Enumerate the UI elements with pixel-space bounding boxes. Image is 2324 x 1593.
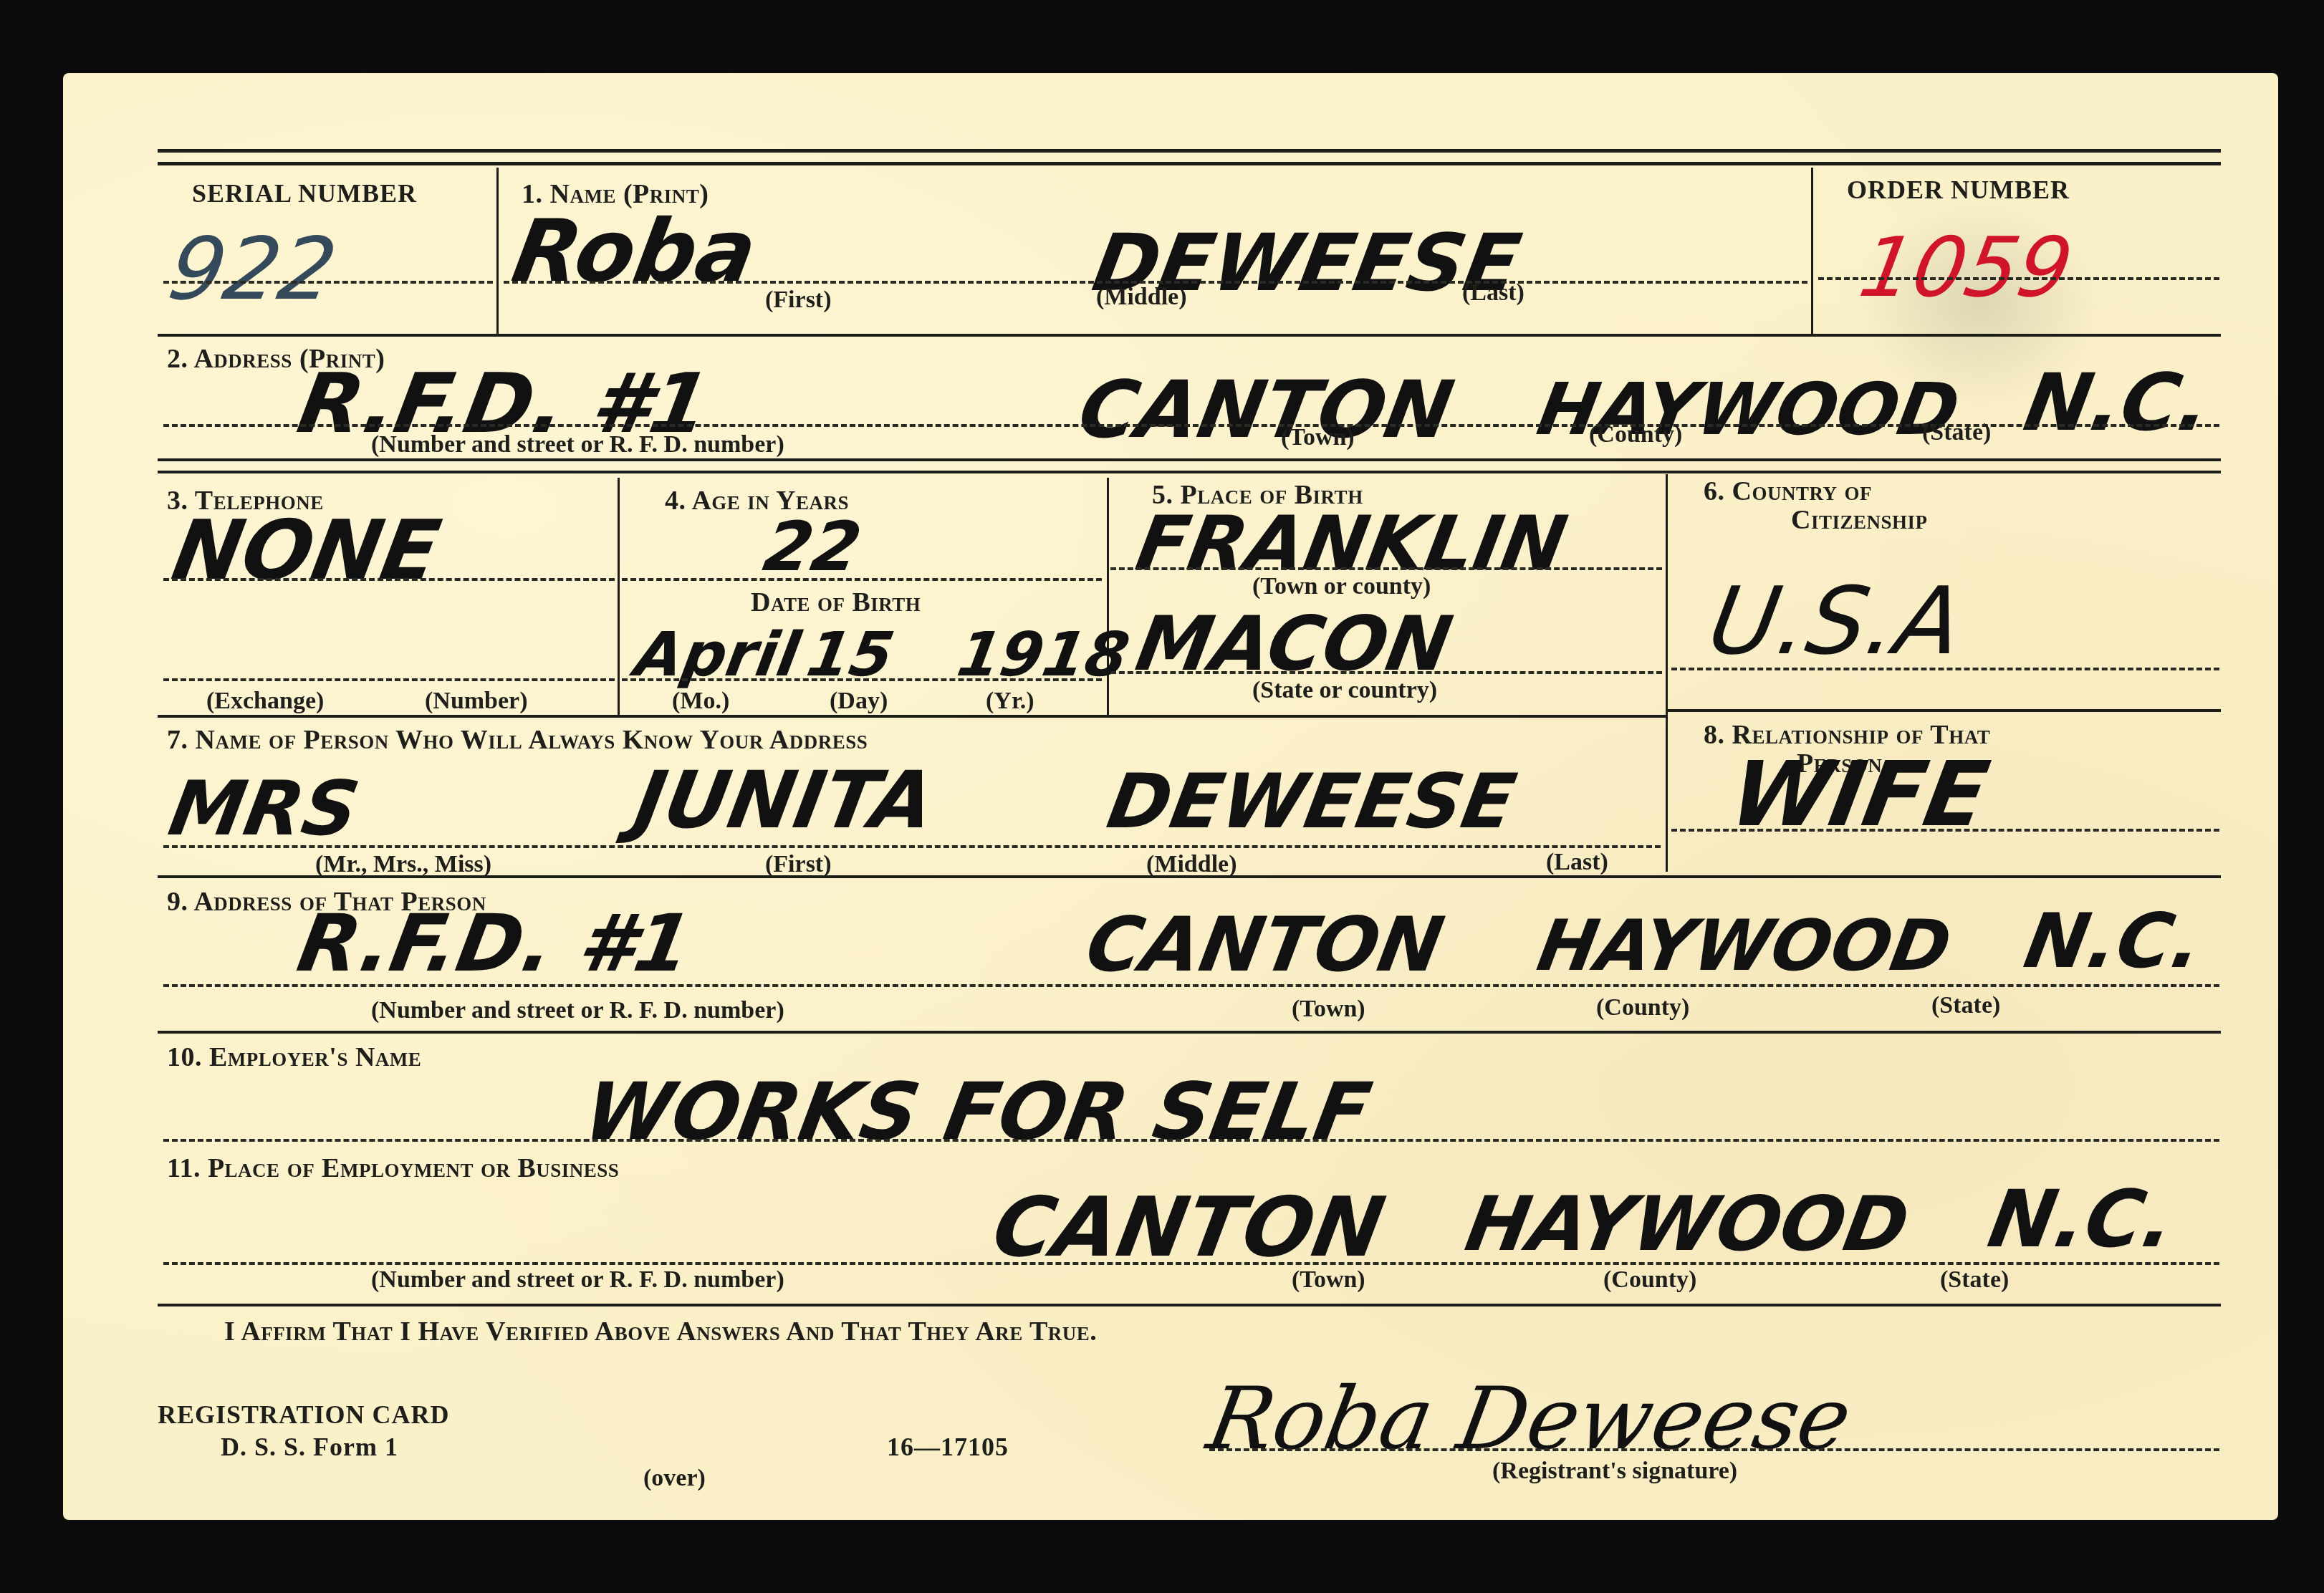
birth-sub-town: (Town or county) xyxy=(1252,574,1431,599)
employment-state: N.C. xyxy=(1983,1180,2181,1258)
row5-bottom-rule xyxy=(158,1031,2221,1034)
telephone-underline xyxy=(163,578,615,581)
citizenship-label-2: Citizenship xyxy=(1791,506,1928,534)
citizenship-label-1: 6. Country of xyxy=(1704,478,1872,505)
divider-serial-name xyxy=(496,168,499,334)
signature-underline xyxy=(1209,1448,2219,1451)
employment-underline xyxy=(163,1262,2219,1265)
contact-last: DEWEESE xyxy=(1103,764,1521,839)
dob-sub-yr: (Yr.) xyxy=(986,689,1034,713)
contact-address-sub-county: (County) xyxy=(1596,996,1689,1020)
serial-number-value: 922 xyxy=(163,227,342,313)
employment-town: CANTON xyxy=(987,1187,1390,1269)
registration-card: SERIAL NUMBER 922 1. Name (Print) Roba D… xyxy=(63,73,2278,1520)
citizenship-underline xyxy=(1671,668,2219,670)
age-underline xyxy=(622,578,1102,581)
order-number-value: 1059 xyxy=(1854,227,2078,309)
contact-underline xyxy=(163,845,1661,848)
contact-address-underline xyxy=(163,984,2219,987)
over-note: (over) xyxy=(643,1466,706,1491)
form-number: D. S. S. Form 1 xyxy=(221,1434,398,1460)
birth-state-underline xyxy=(1110,671,1662,674)
top-rule-1 xyxy=(158,149,2221,153)
citizenship-value: U.S.A xyxy=(1703,574,1969,668)
address-sub-street: (Number and street or R. F. D. number) xyxy=(371,433,784,457)
divider-name-order xyxy=(1811,168,1813,334)
address-underline xyxy=(163,424,2219,427)
dob-sub-day: (Day) xyxy=(830,689,888,713)
contact-address-state: N.C. xyxy=(2020,904,2208,979)
name-sub-last: (Last) xyxy=(1462,281,1524,305)
row3-bottom-rule xyxy=(158,715,1666,718)
telephone-sub-exchange: (Exchange) xyxy=(206,689,324,713)
name-sub-middle: (Middle) xyxy=(1096,285,1187,309)
age-value: 22 xyxy=(759,514,866,582)
signature-label: (Registrant's signature) xyxy=(1492,1459,1737,1483)
employment-county: HAYWOOD xyxy=(1461,1187,1914,1262)
address-sub-town: (Town) xyxy=(1281,425,1355,450)
print-code: 16—17105 xyxy=(887,1434,1009,1460)
employer-label: 10. Employer's Name xyxy=(167,1044,421,1071)
dob-month: April xyxy=(631,625,805,685)
employment-sub-street: (Number and street or R. F. D. number) xyxy=(371,1268,784,1292)
row1-bottom-rule xyxy=(158,334,2221,337)
relationship-underline xyxy=(1671,829,2219,832)
contact-label: 7. Name of Person Who Will Always Know Y… xyxy=(167,726,868,754)
telephone-underline-2 xyxy=(163,678,615,681)
row7-bottom-rule xyxy=(158,1304,2221,1306)
top-rule-2 xyxy=(158,162,2221,165)
row4-bottom-rule xyxy=(158,875,2221,878)
birth-town-underline xyxy=(1110,567,1662,570)
dob-year: 1918 xyxy=(954,625,1134,685)
address-town: CANTON xyxy=(1073,370,1459,449)
contact-title: MRS xyxy=(164,771,364,847)
order-underline xyxy=(1818,277,2219,280)
contact-address-street: R.F.D. #1 xyxy=(292,904,697,983)
birth-town: FRANKLIN xyxy=(1131,506,1572,582)
contact-sub-first: (First) xyxy=(765,852,832,877)
employment-sub-state: (State) xyxy=(1940,1268,2009,1292)
contact-sub-middle: (Middle) xyxy=(1146,852,1237,877)
dob-sub-mo: (Mo.) xyxy=(672,689,729,713)
address-sub-county: (County) xyxy=(1589,423,1682,447)
contact-sub-last: (Last) xyxy=(1546,850,1608,875)
dob-label: Date of Birth xyxy=(751,589,921,616)
contact-address-sub-state: (State) xyxy=(1931,993,2000,1018)
row3-bottom-rule-right xyxy=(1668,709,2221,712)
employment-sub-county: (County) xyxy=(1603,1268,1696,1292)
address-state: N.C. xyxy=(2019,363,2217,442)
relationship-value: WIFE xyxy=(1724,750,1994,839)
serial-number-label: SERIAL NUMBER xyxy=(192,181,417,206)
contact-address-town: CANTON xyxy=(1081,908,1449,983)
birth-sub-state: (State or country) xyxy=(1252,678,1437,703)
divider-tel-age xyxy=(618,478,620,718)
contact-address-county: HAYWOOD xyxy=(1532,911,1956,981)
employer-underline xyxy=(163,1139,2219,1142)
telephone-sub-number: (Number) xyxy=(425,689,528,713)
row2-rule-2 xyxy=(158,471,2221,473)
name-sub-first: (First) xyxy=(765,288,832,312)
employment-place-label: 11. Place of Employment or Business xyxy=(167,1155,619,1182)
employment-sub-town: (Town) xyxy=(1292,1268,1365,1292)
contact-address-sub-town: (Town) xyxy=(1292,997,1365,1021)
row2-rule-1 xyxy=(158,458,2221,461)
address-sub-state: (State) xyxy=(1922,420,1991,445)
dob-day: 15 xyxy=(803,625,898,685)
divider-birth-citizen xyxy=(1666,474,1668,872)
contact-sub-title: (Mr., Mrs., Miss) xyxy=(315,852,491,877)
affirmation-text: I Affirm That I Have Verified Above Answ… xyxy=(224,1318,1097,1345)
contact-address-sub-street: (Number and street or R. F. D. number) xyxy=(371,998,784,1023)
registration-card-title: REGISTRATION CARD xyxy=(158,1402,449,1428)
dob-underline xyxy=(622,678,1102,681)
contact-first: JUNITA xyxy=(629,761,940,839)
serial-underline xyxy=(163,281,493,284)
